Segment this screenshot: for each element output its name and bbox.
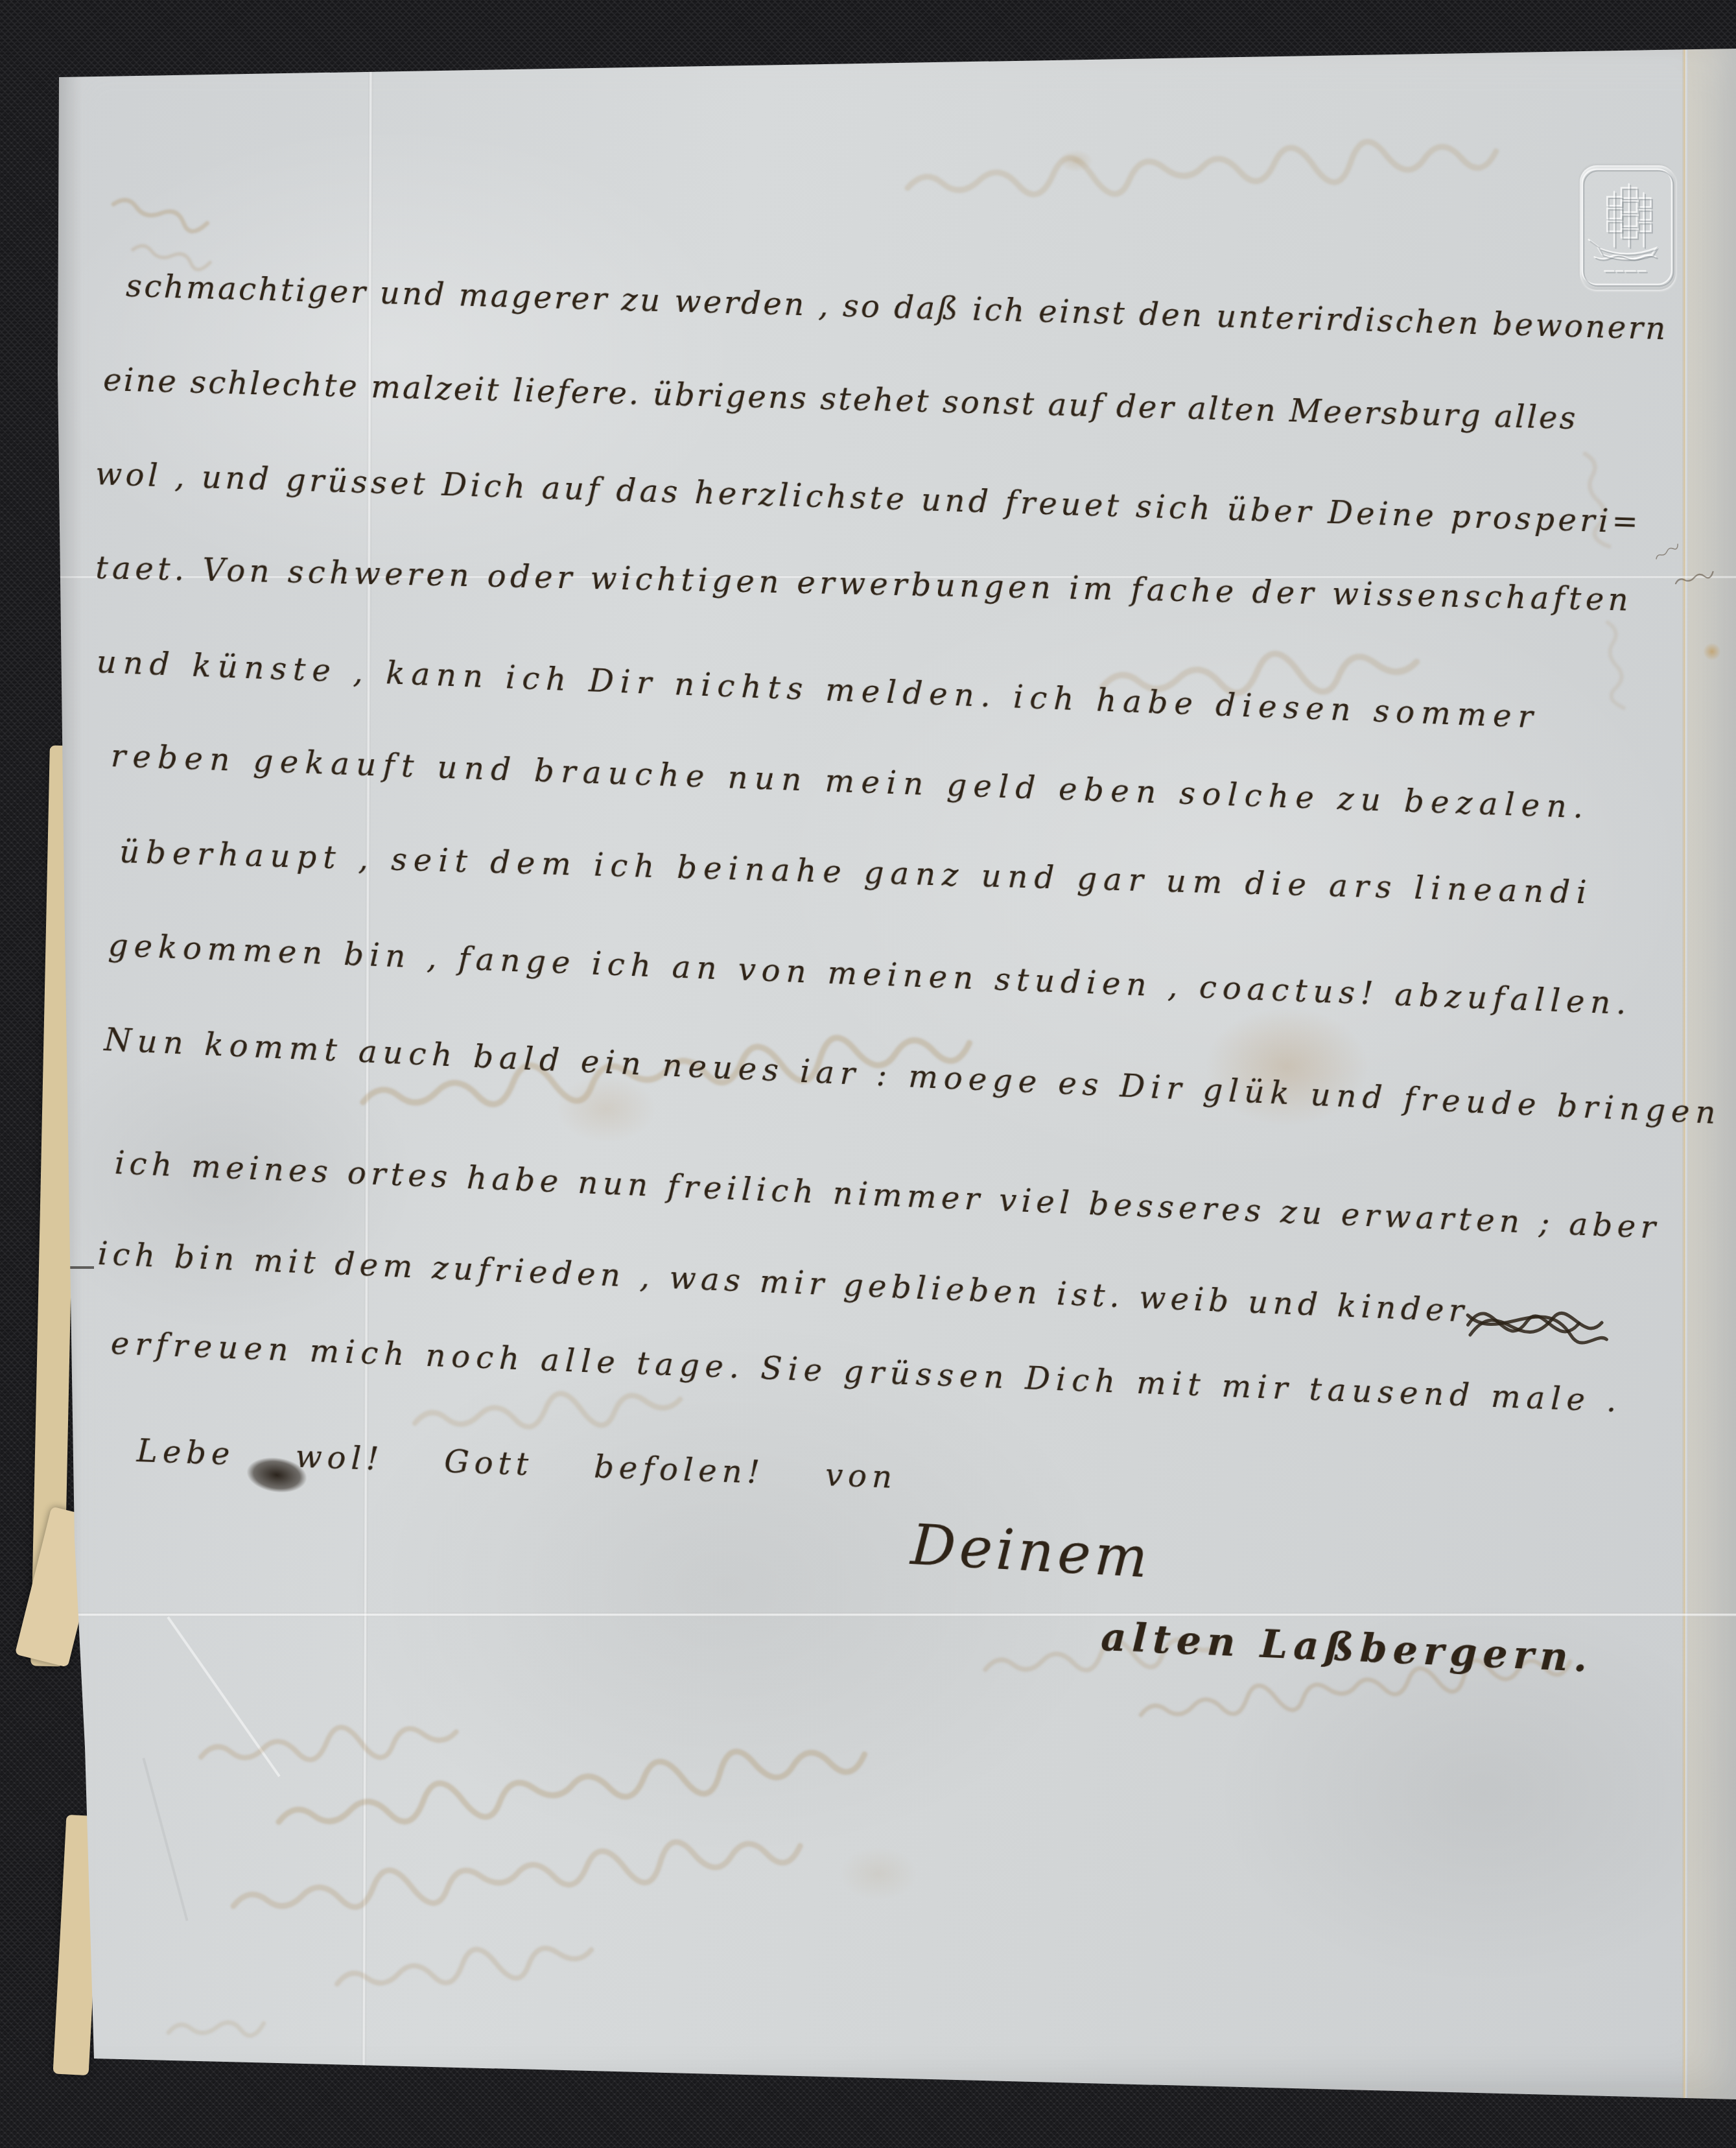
right-flap-tint [1688,49,1736,2101]
stain [827,1838,930,1909]
ship-icon [1580,165,1676,290]
fold-crease-vertical [361,49,373,2101]
corner-crease-diagonal [142,1758,188,1921]
embossed-ship-stamp [1580,165,1676,290]
fold-crease-horizontal [55,1612,1736,1617]
stain [1053,146,1099,176]
scan-background: schmachtiger und magerer zu werden , so … [0,0,1736,2148]
corner-crease-diagonal [167,1616,280,1777]
valediction-text: Deinem [909,1515,1153,1589]
stain [1700,640,1724,663]
fold-crease-vertical-tan [1682,49,1688,2101]
